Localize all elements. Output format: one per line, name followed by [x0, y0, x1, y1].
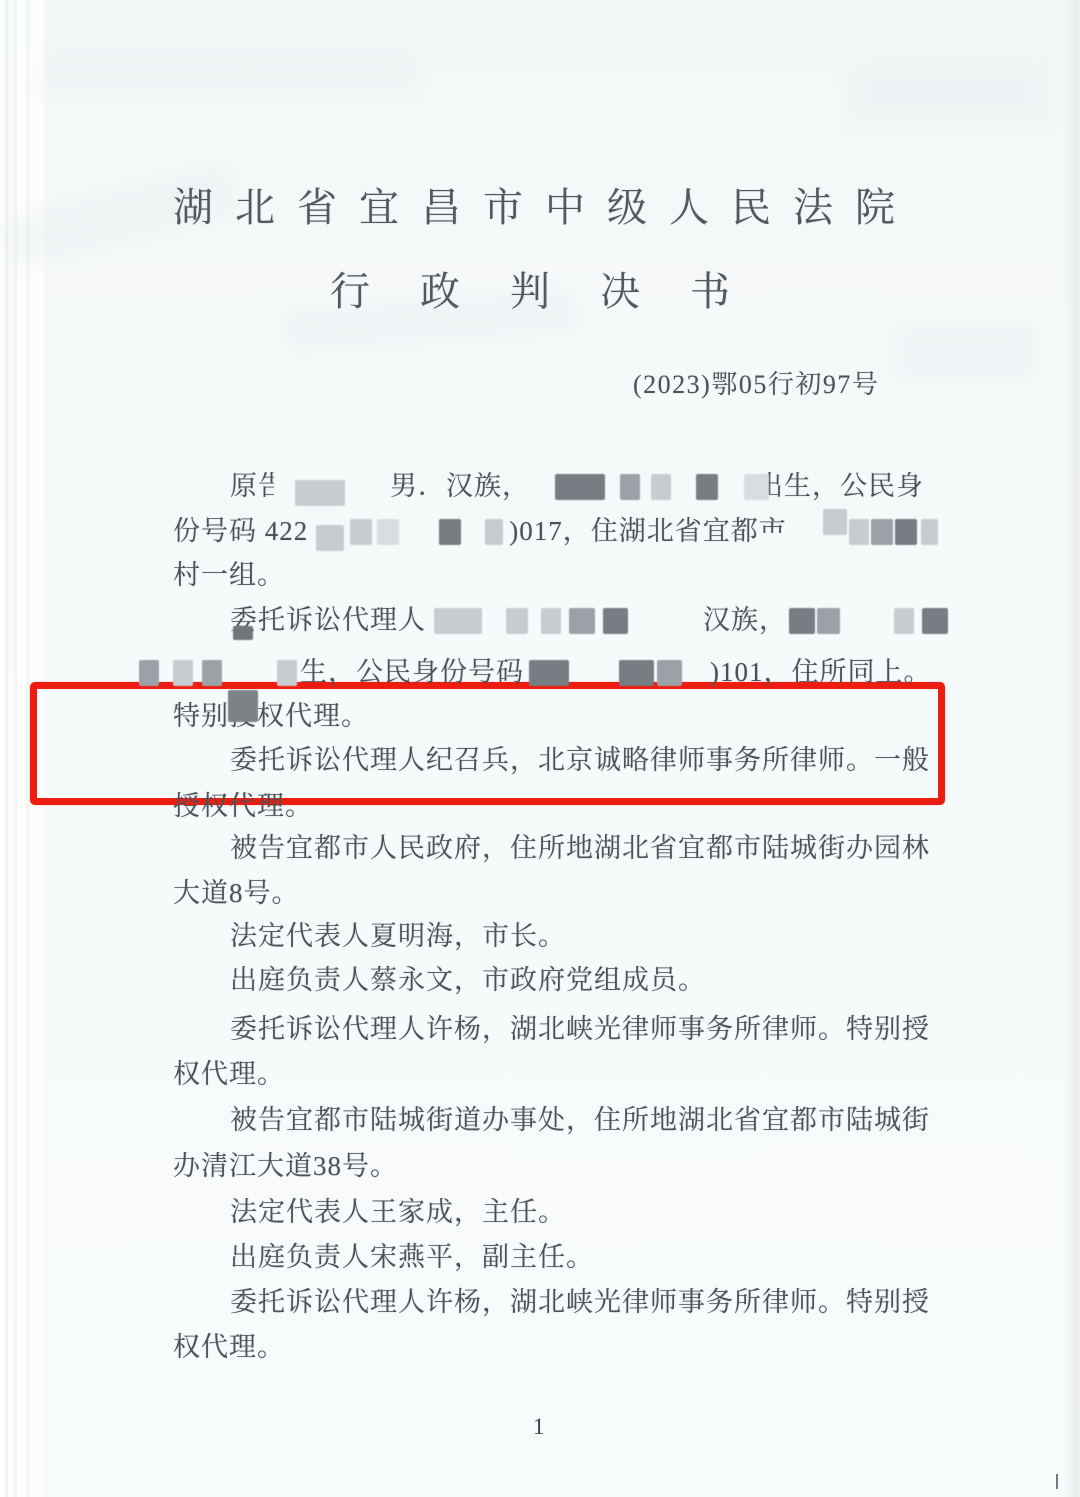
page-number: 1 [533, 1414, 545, 1440]
redaction-block [434, 608, 482, 634]
redaction-block [555, 474, 605, 500]
case-number: (2023)鄂05行初97号 [633, 364, 879, 401]
scan-tick [1056, 1474, 1058, 1489]
redaction-block [657, 660, 682, 686]
line-defendant1-2: 大道8号。 [173, 871, 300, 910]
line-legal-rep2: 法定代表人王家成，主任。 [230, 1190, 566, 1229]
redaction-block [619, 660, 654, 686]
redaction-block [377, 519, 399, 545]
redaction-block [228, 690, 258, 722]
agent1-id-suffix: )101，住所同上。 [710, 657, 932, 687]
line-defendant2-1: 被告宜都市陆城街道办事处，住所地湖北省宜都市陆城街 [230, 1098, 930, 1137]
agent1-label: 委托诉讼代理人 [230, 605, 426, 635]
scan-smudge [895, 325, 1035, 380]
redaction-block [350, 519, 372, 545]
court-judgment-page: 湖北省宜昌市中级人民法院 行政判决书 (2023)鄂05行初97号 原告男．汉族… [0, 0, 1080, 1497]
redaction-block [295, 480, 345, 506]
line-legal-rep1: 法定代表人夏明海，市长。 [230, 914, 566, 953]
redaction-block [485, 519, 503, 545]
plaintiff-id-prefix: 份号码 422 [173, 516, 308, 546]
redaction-block [173, 660, 193, 686]
redaction-block [620, 474, 640, 500]
redaction-block [696, 474, 718, 500]
line-attendee1: 出庭负责人蔡永文，市政府党组成员。 [230, 958, 706, 997]
redaction-block [823, 509, 847, 535]
redaction-block [603, 608, 628, 634]
redaction-block [922, 608, 948, 634]
redaction-block [569, 608, 595, 634]
plaintiff-birth-id: 出生，公民身 [756, 471, 924, 501]
line-agent3-1: 委托诉讼代理人许杨，湖北峡光律师事务所律师。特别授 [230, 1007, 930, 1046]
redaction-block [541, 608, 561, 634]
line-agent1-1: 委托诉讼代理人汉族， [230, 598, 948, 637]
line-plaintiff-1: 原告男．汉族，出生，公民身 [230, 464, 924, 503]
doc-type-title: 行政判决书 [330, 260, 780, 317]
redaction-white [274, 462, 289, 503]
scan-smudge [850, 60, 1050, 126]
line-defendant1-1: 被告宜都市人民政府，住所地湖北省宜都市陆城街办园林 [230, 826, 930, 865]
redaction-block [849, 519, 869, 545]
redaction-block [139, 660, 159, 686]
redaction-block [817, 608, 840, 634]
redaction-white [757, 533, 788, 552]
line-agent2-1: 委托诉讼代理人纪召兵，北京诚略律师事务所律师。一般 [230, 738, 930, 777]
redaction-block [202, 660, 222, 686]
line-attendee2: 出庭负责人宋燕平，副主任。 [230, 1235, 594, 1274]
line-agent4-1: 委托诉讼代理人许杨，湖北峡光律师事务所律师。特别授 [230, 1280, 930, 1319]
line-agent3-2: 权代理。 [173, 1052, 285, 1091]
line-agent4-2: 权代理。 [173, 1325, 285, 1364]
redaction-block [233, 626, 253, 640]
court-title: 湖北省宜昌市中级人民法院 [173, 176, 917, 233]
line-agent1-2: 生，公民身份号码)101，住所同上。 [139, 650, 932, 689]
redaction-block [529, 660, 569, 686]
plaintiff-gender-ethnic: 男．汉族， [390, 471, 530, 501]
scan-smudge [41, 50, 418, 92]
redaction-block [277, 660, 297, 686]
line-plaintiff-2: 份号码 422)017，住湖北省宜都市 [173, 509, 938, 548]
redaction-block [439, 519, 461, 545]
scan-edge-right [1064, 0, 1080, 1497]
redaction-block [316, 525, 344, 551]
redaction-block [789, 608, 815, 634]
line-defendant2-2: 办清江大道38号。 [173, 1144, 398, 1183]
agent1-ethnic: 汉族， [703, 605, 787, 635]
redaction-block [744, 474, 769, 500]
plaintiff-id-suffix-address: )017，住湖北省宜都 [509, 516, 759, 546]
redaction-block [871, 519, 893, 545]
agent1-authority: 特别授权代理。 [173, 701, 369, 731]
redaction-block [506, 608, 528, 634]
line-plaintiff-3: 村一组。 [173, 553, 285, 592]
redaction-block [894, 608, 914, 634]
redaction-block [651, 474, 671, 500]
redaction-block [895, 519, 917, 545]
redaction-block [921, 519, 938, 545]
agent1-id-label: 生，公民身份号码 [300, 657, 524, 687]
line-agent2-2: 授权代理。 [173, 784, 313, 823]
line-agent1-3: 特别授权代理。 [173, 694, 369, 733]
